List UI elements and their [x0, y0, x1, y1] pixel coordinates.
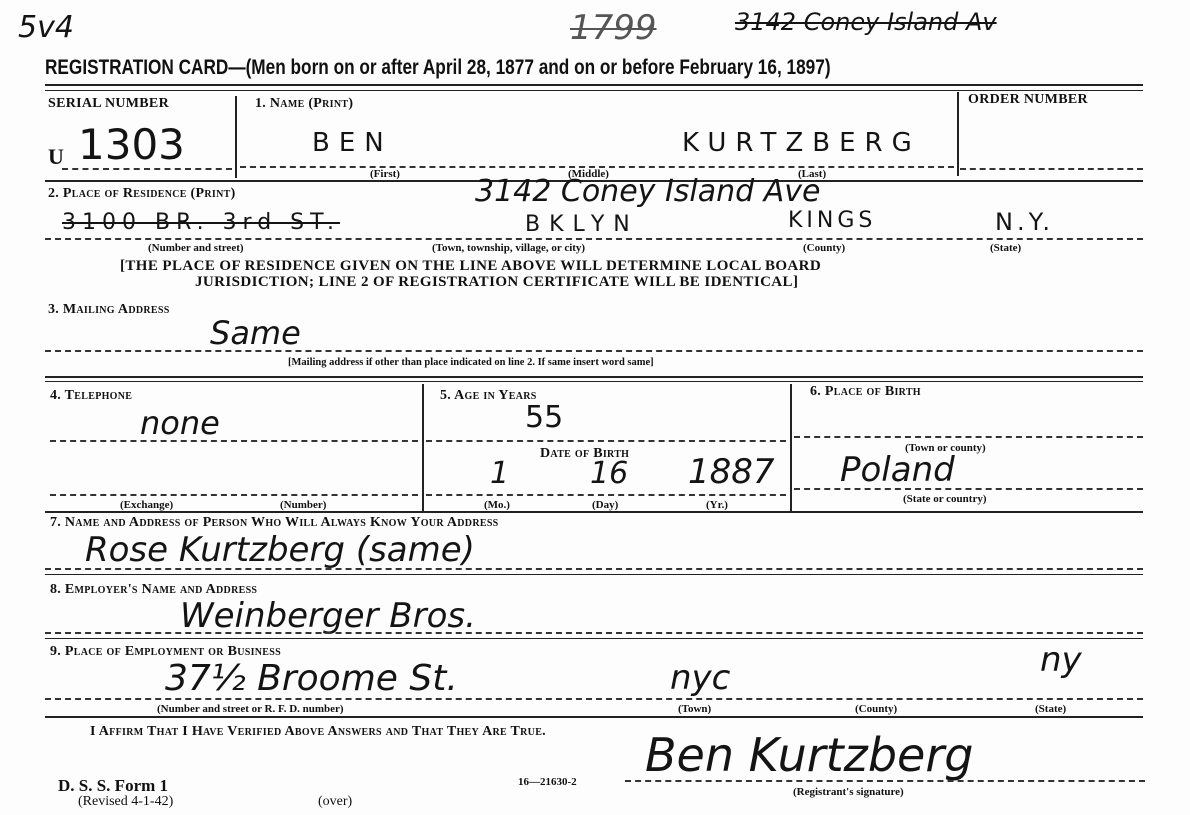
residence-county: KINGS — [788, 208, 876, 233]
first-caption: (First) — [370, 168, 400, 180]
serial-label: SERIAL NUMBER — [48, 96, 169, 112]
employer-value: Weinberger Bros. — [180, 596, 476, 636]
residence-notice-1: [THE PLACE OF RESIDENCE GIVEN ON THE LIN… — [120, 258, 821, 275]
employment-street-caption: (Number and street or R. F. D. number) — [157, 703, 344, 715]
mailing-label: 3. Mailing Address — [48, 302, 170, 318]
last-name: KURTZBERG — [682, 128, 921, 158]
serial-prefix: U — [48, 144, 64, 170]
street-caption: (Number and street) — [148, 242, 244, 254]
print-code: 16—21630-2 — [518, 776, 577, 788]
day-caption: (Day) — [592, 499, 618, 511]
year-caption: (Yr.) — [706, 499, 728, 511]
serial-number: 1303 — [78, 120, 185, 169]
birthplace-label: 6. Place of Birth — [810, 384, 921, 400]
month-caption: (Mo.) — [484, 499, 510, 511]
affirmation-text: I Affirm That I Have Verified Above Answ… — [90, 724, 546, 740]
signature-caption: (Registrant's signature) — [793, 786, 904, 798]
mailing-value: Same — [210, 314, 301, 352]
birthplace-state-caption: (State or country) — [903, 493, 987, 505]
over-note: (over) — [318, 794, 352, 810]
residence-town: BKLYN — [525, 212, 639, 237]
telephone-value: none — [140, 404, 220, 442]
crossed-number: 1799 — [570, 8, 657, 48]
telephone-label: 4. Telephone — [50, 388, 132, 404]
order-label: ORDER NUMBER — [968, 92, 1088, 108]
employment-street: 37½ Broome St. — [165, 658, 458, 699]
first-name: BEN — [312, 128, 393, 158]
mailing-caption: [Mailing address if other than place ind… — [288, 357, 654, 368]
town-caption: (Town, township, village, or city) — [432, 242, 585, 254]
age-label: 5. Age in Years — [440, 388, 537, 404]
card-title: REGISTRATION CARD—(Men born on or after … — [45, 56, 831, 80]
residence-state: N.Y. — [995, 208, 1054, 236]
residence-label: 2. Place of Residence (Print) — [48, 186, 236, 202]
residence-notice-2: JURISDICTION; LINE 2 OF REGISTRATION CER… — [195, 274, 798, 291]
age-value: 55 — [525, 400, 563, 435]
residence-corrected: 3142 Coney Island Ave — [475, 174, 820, 209]
contact-label: 7. Name and Address of Person Who Will A… — [50, 515, 499, 531]
employment-town-caption: (Town) — [678, 703, 711, 715]
employment-town: nyc — [670, 658, 730, 698]
dob-month: 1 — [490, 456, 509, 491]
number-caption: (Number) — [280, 499, 326, 511]
registrant-signature: Ben Kurtzberg — [645, 728, 973, 782]
form-number: D. S. S. Form 1 — [58, 776, 168, 796]
name-label: 1. Name (Print) — [255, 96, 353, 112]
county-caption: (County) — [803, 242, 845, 254]
exchange-caption: (Exchange) — [120, 499, 173, 511]
dob-year: 1887 — [688, 452, 775, 492]
employment-state: ny — [1040, 640, 1082, 680]
dob-day: 16 — [590, 456, 628, 491]
residence-crossed: 3100 BR. 3rd ST. — [62, 210, 340, 235]
birthplace-value: Poland — [840, 450, 955, 490]
employment-state-caption: (State) — [1035, 703, 1066, 715]
contact-value: Rose Kurtzberg (same) — [85, 530, 475, 570]
crossed-address: 3142 Coney Island Av — [735, 8, 997, 36]
form-revised: (Revised 4-1-42) — [78, 794, 173, 810]
employment-county-caption: (County) — [855, 703, 897, 715]
state-caption: (State) — [990, 242, 1021, 254]
corner-note: 5v4 — [18, 10, 74, 45]
